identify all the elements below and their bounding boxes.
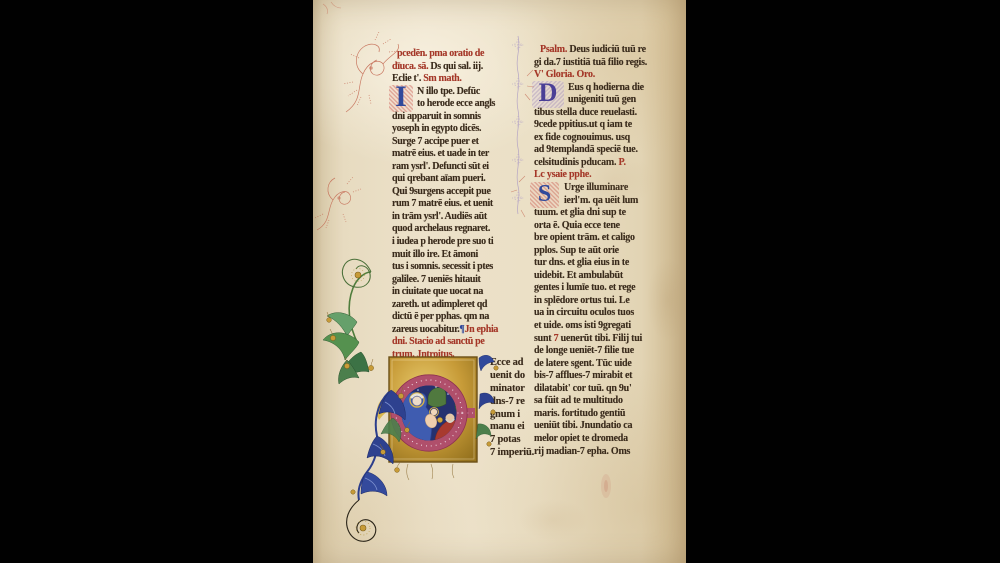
text-line: tus i somnis. secessit i ptes [392,261,506,274]
text-line: 7 imperiū. [490,447,546,460]
magus-attendant [455,393,472,416]
text-line: sa fūit ad te multitudo [534,395,666,408]
text-line: quod archelaus regnaret. [392,223,506,236]
initial-I-gospel: I [389,85,413,112]
text-line: dictū ē per pphas. qm na [392,311,506,324]
corner-marks [323,2,341,14]
text-line: ram ysrl'. Defuncti sūt ei [392,161,506,174]
initial-I-letter: I [389,82,413,112]
text-line: qui qrebant aīam pueri. [392,173,506,186]
text-line: tur dns. et glia eius in te [534,257,666,270]
initial-E-crossbar [429,408,475,418]
text-line: sunt 7 uenerūt tibi. Filij tui [534,333,666,346]
introit-text-beside-initial: Ecce aduenit dominatordns-7 regnum imanu… [490,357,546,460]
text-line: gnum i [490,409,546,422]
text-line: uidebit. Et ambulabūt [534,270,666,283]
text-line: zareus uocabitur.¶Jn ephia [392,324,506,337]
text-line: matrē eius. et uade in ter [392,148,506,161]
text-line: bis-7 afflues-7 mirabit et [534,370,666,383]
christ-child [423,412,438,429]
text-line: bre opient trām. et caligo [534,232,666,245]
text-line: et uide. oms isti 9gregati [534,320,666,333]
text-line: uenit do [490,370,546,383]
text-line: Qui 9surgens accepit pue [392,186,506,199]
text-line: dns-7 re [490,396,546,409]
text-line: 9cede ppitius.ut q iam te [534,119,666,132]
text-line: Psalm. Deus iudiciū tuū re [534,44,666,57]
text-line: rij madian-7 epha. Oms [534,446,666,459]
text-line: celsitudinis pducam. P. [534,157,666,170]
initial-E-bowl [396,380,462,446]
initial-S-lesson: S [530,182,559,208]
text-line: ueniūt tibi. Jnundatio ca [534,420,666,433]
text-line: in ciuitate que uocat na [392,286,506,299]
foliate-stem-green [323,259,374,384]
initial-D-collect: D [532,81,564,108]
text-line: ua in circuitu oculos tuos [534,307,666,320]
historiated-initial-E-adoration-miniature [388,356,478,463]
virgin-mary [398,392,432,449]
text-line: dni. Stacio ad sanctū pe [392,336,506,349]
text-line: dilatabit' cor tuū. qn 9u' [534,383,666,396]
pigment-smudge [601,474,611,498]
initial-S-letter: S [530,182,559,206]
text-line: minator [490,383,546,396]
text-line: ad 9templandā speciē tue. [534,144,666,157]
text-line: 7 potas [490,434,546,447]
text-line: yoseph in egypto dicēs. [392,123,506,136]
text-line: dni apparuit in somnis [392,111,506,124]
text-line: Ecce ad [490,357,546,370]
text-line: trum. Jntroitus. [392,349,506,362]
magus-kneeling [435,420,464,451]
text-line: i iudea p herode pre suo ti [392,236,506,249]
viewer-background: pcedēn. pma oratio dedīuca. sā. Ds qui s… [0,0,1000,563]
text-line: manu ei [490,421,546,434]
text-line: tibus stella duce reuelasti. [534,107,666,120]
penwork-chain-intercolumn [512,36,524,214]
hairline-tails [407,464,454,480]
text-line: in splēdore ortus tui. Le [534,295,666,308]
text-line: orta ē. Quia ecce tene [534,220,666,233]
foliate-scroll-blue [347,387,410,541]
text-line: muit illo ire. Et āmoni [392,249,506,262]
text-line: melor opiet te dromeda [534,433,666,446]
text-line: tuum. et glia dni sup te [534,207,666,220]
gold-ground [389,357,477,462]
text-line: de longe ueniēt-7 filie tue [534,345,666,358]
text-line: rum 7 matrē eius. et uenit [392,198,506,211]
manuscript-page: pcedēn. pma oratio dedīuca. sā. Ds qui s… [313,0,686,563]
text-line: pcedēn. pma oratio de [392,48,506,61]
text-line: galilee. 7 ueniēs hitauit [392,274,506,287]
text-line: dīuca. sā. Ds qui sal. iij. [392,61,506,74]
text-line: maris. fortitudo gentiū [534,408,666,421]
text-line: ex fide cognouimus. usq [534,132,666,145]
text-line: zareth. ut adimpleret qd [392,299,506,312]
initial-D-letter: D [532,80,564,106]
text-line: pplos. Sup te aūt orie [534,245,666,258]
text-line: Lc ysaie pphe. [534,169,666,182]
penwork-flourish-mid-left [315,177,361,230]
text-line: de latere sgent. Tūc uide [534,358,666,371]
text-line: gentes i lumīe tuo. et rege [534,282,666,295]
magus-standing [428,388,446,407]
text-line: Surge 7 accipe puer et [392,136,506,149]
text-line: in trām ysrl'. Audiēs aūt [392,211,506,224]
text-line: gi da.7 iustitiā tuā filio regis. [534,57,666,70]
